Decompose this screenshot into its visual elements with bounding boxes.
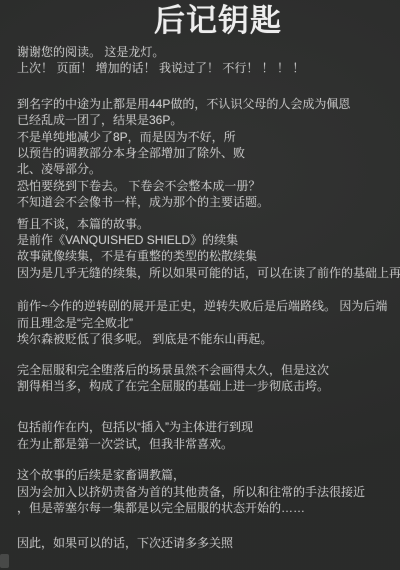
text-line: 是前作《VANQUISHED SHIELD》的续集 — [17, 232, 390, 248]
text-line: 恐怕要绕到下卷去。 下卷会不会整本成一册？ — [17, 178, 390, 194]
text-line: 故事就像续集，不是有重整的类型的松散续集 — [17, 248, 390, 264]
text-line: 不是单纯地减少了8P，而是因为不好，所 — [17, 129, 390, 145]
paragraph: 这个故事的后续是家畜调教篇，因为会加入以挤奶责备为首的其他责备，所以和往常的手法… — [17, 467, 390, 516]
afterword-body: 谢谢您的阅读。 这是龙灯。上次！ 页面！ 增加的话！ 我说过了！ 不行！ ！ ！… — [0, 44, 400, 552]
paragraph: 暂且不谈，本篇的故事。是前作《VANQUISHED SHIELD》的续集故事就像… — [17, 216, 390, 282]
text-line: 完全屈服和完全堕落后的场景虽然不会画得太久，但是这次 — [17, 362, 390, 378]
paragraph: 包括前作在内，包括以“插入”为主体进行到现在为止都是第一次尝试，但我非常喜欢。 — [17, 419, 390, 452]
text-line: 因此，如果可以的话，下次还请多多关照 — [17, 535, 390, 551]
text-line: 以预告的调教部分本身全部增加了除外、败 — [17, 145, 390, 161]
paragraph: 谢谢您的阅读。 这是龙灯。上次！ 页面！ 增加的话！ 我说过了！ 不行！ ！ ！… — [17, 44, 390, 77]
text-line: 不知道会不会像书一样，成为那个的主要话题。 — [17, 194, 390, 210]
text-line: ，但是蒂塞尔每一集都是以完全屈服的状态开始的…… — [17, 500, 390, 516]
text-line: 而且理念是“完全败北” — [17, 315, 390, 331]
scan-artifact — [0, 554, 9, 568]
text-line: 包括前作在内，包括以“插入”为主体进行到现 — [17, 419, 390, 435]
text-line: 北、凌辱部分。 — [17, 161, 390, 177]
text-line: 因为是几乎无缝的续集，所以如果可能的话，可以在读了前作的基础上再读…… — [17, 265, 390, 281]
paragraph: 因此，如果可以的话，下次还请多多关照 — [17, 535, 390, 551]
text-line: 已经乱成一团了，结果是36P。 — [17, 112, 390, 128]
afterword-title: 后记钥匙 — [18, 0, 400, 40]
text-line: 因为会加入以挤奶责备为首的其他责备，所以和往常的手法很接近 — [17, 484, 390, 500]
text-line: 前作~今作的逆转剧的展开是正史，逆转失败后是后端路线。 因为后端 — [17, 298, 390, 314]
paragraph: 前作~今作的逆转剧的展开是正史，逆转失败后是后端路线。 因为后端而且理念是“完全… — [17, 298, 390, 347]
text-line: 谢谢您的阅读。 这是龙灯。 — [17, 44, 390, 60]
text-line: 到名字的中途为止都是用44P做的，不认识父母的人会成为佩恩 — [17, 96, 390, 112]
text-line: 在为止都是第一次尝试，但我非常喜欢。 — [17, 436, 390, 452]
text-line: 埃尔森被贬低了很多呢。 到底是不能东山再起。 — [17, 331, 390, 347]
text-line: 割得相当多，构成了在完全屈服的基础上进一步彻底击垮。 — [17, 378, 390, 394]
text-line: 暂且不谈，本篇的故事。 — [17, 216, 390, 232]
text-line: 上次！ 页面！ 增加的话！ 我说过了！ 不行！ ！ ！ ！ — [17, 60, 390, 76]
text-line: 这个故事的后续是家畜调教篇， — [17, 467, 390, 483]
paragraph: 到名字的中途为止都是用44P做的，不认识父母的人会成为佩恩已经乱成一团了，结果是… — [17, 96, 390, 211]
afterword-page: 后记钥匙 谢谢您的阅读。 这是龙灯。上次！ 页面！ 增加的话！ 我说过了！ 不行… — [0, 0, 400, 570]
paragraph: 完全屈服和完全堕落后的场景虽然不会画得太久，但是这次割得相当多，构成了在完全屈服… — [17, 362, 390, 395]
